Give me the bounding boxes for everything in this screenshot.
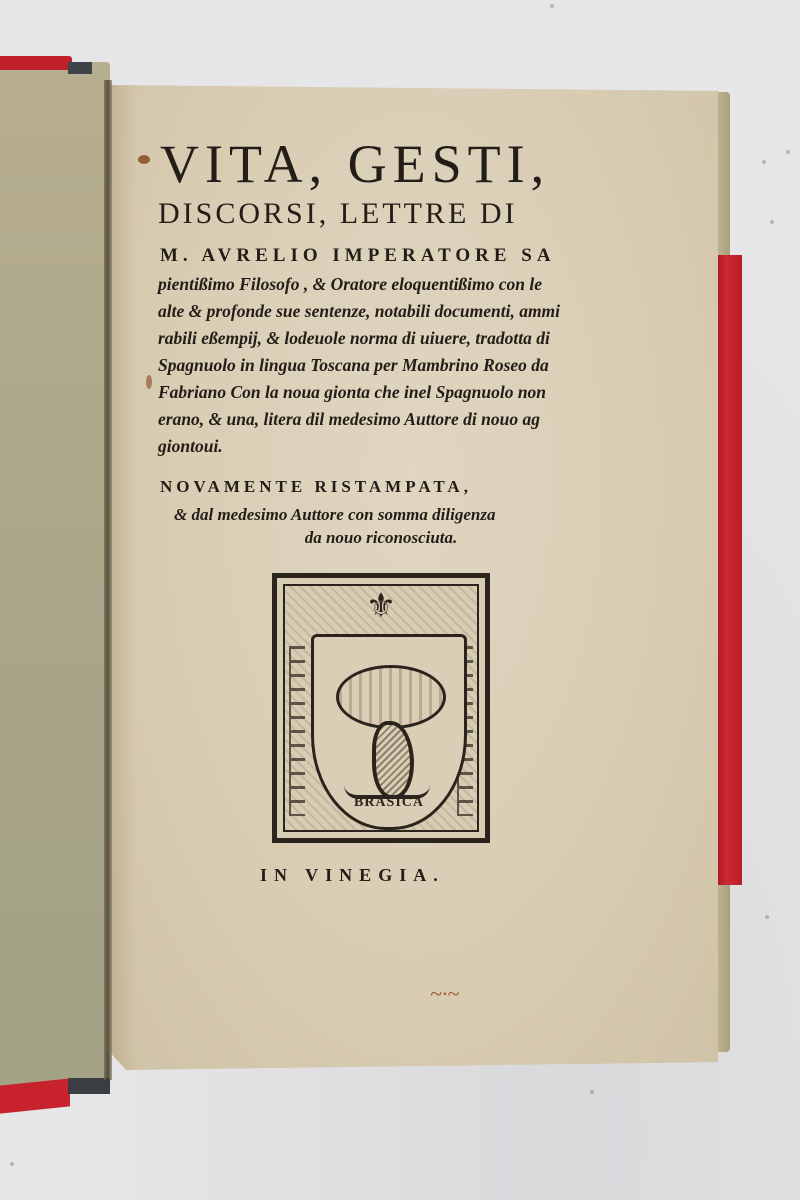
description-line: rabili eßempij, & lodeuole norma di uiue… [158, 325, 608, 352]
binding-red-edge-top [0, 56, 72, 70]
binding-dark-edge-bottom [68, 1078, 110, 1094]
cabbage-icon [336, 665, 446, 729]
printers-device-woodcut: ⚜ BRASICA [272, 573, 490, 843]
heraldic-shield: BRASICA [311, 634, 467, 830]
foliate-border: ⚜ BRASICA [283, 584, 479, 832]
title-line-1: VITA, GESTI, [160, 133, 770, 195]
title-page: VITA, GESTI, DISCORSI, LETTRE DI M. AVRE… [108, 85, 718, 1070]
description-line: Fabriano Con la noua gionta che inel Spa… [158, 379, 608, 406]
description-line: erano, & una, litera dil medesimo Auttor… [158, 406, 608, 433]
edition-line-2: da nouo riconosciuta. [108, 526, 654, 549]
page-wear [108, 85, 136, 1070]
edition-heading: NOVAMENTE RISTAMPATA, [160, 477, 770, 497]
ink-stain [146, 375, 152, 389]
binding-red-spine [716, 255, 742, 885]
left-cover-pastedown [0, 62, 110, 1092]
description-line: alte & profonde sue sentenze, notabili d… [158, 298, 608, 325]
title-line-2: DISCORSI, LETTRE DI [158, 197, 768, 231]
dust-speck [786, 150, 790, 154]
title-line-3: M. AVRELIO IMPERATORE SA [160, 245, 770, 267]
dust-speck [762, 160, 766, 164]
vine-ornament-left [289, 646, 305, 816]
description-line: giontoui. [158, 433, 608, 460]
device-motto: BRASICA [314, 795, 464, 811]
description-line: pientißimo Filosofo , & Oratore eloquent… [158, 271, 608, 298]
book-gutter [104, 80, 112, 1080]
title-description: pientißimo Filosofo , & Oratore eloquent… [158, 271, 608, 460]
dust-speck [590, 1090, 594, 1094]
manuscript-mark: ~·~ [430, 981, 459, 1007]
description-line: Spagnuolo in lingua Toscana per Mambrino… [158, 352, 608, 379]
imprint-place: IN VINEGIA. [260, 865, 445, 886]
dust-speck [550, 4, 554, 8]
dust-speck [765, 915, 769, 919]
edition-line-1: & dal medesimo Auttore con somma diligen… [174, 503, 594, 526]
dust-speck [10, 1162, 14, 1166]
dust-speck [770, 220, 774, 224]
fleur-de-lis-icon: ⚜ [366, 590, 396, 624]
binding-dark-edge-top [68, 62, 92, 74]
ink-stain [138, 155, 150, 164]
